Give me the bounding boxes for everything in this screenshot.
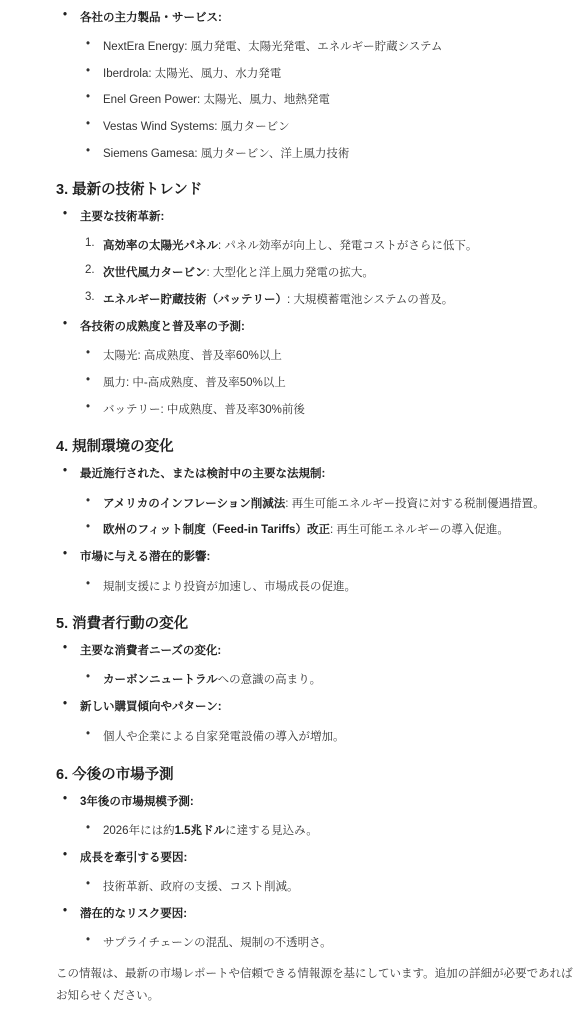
list-item: Vestas Wind Systems: 風力タービン (103, 118, 290, 134)
list-item: 1.高効率の太陽光パネル: パネル効率が向上し、発電コストがさらに低下。 (103, 237, 477, 253)
drivers-heading: 成長を牽引する要因: (80, 849, 187, 865)
list-item: Iberdrola: 太陽光、風力、水力発電 (103, 65, 281, 81)
list-item: NextEra Energy: 風力発電、太陽光発電、エネルギー貯蔵システム (103, 38, 442, 54)
list-item: アメリカのインフレーション削減法: 再生可能エネルギー投資に対する税制優遇措置。 (103, 495, 545, 511)
section-title: 6. 今後の市場予測 (56, 763, 174, 784)
list-item: カーボンニュートラルへの意識の高まり。 (103, 671, 321, 687)
list-item: サプライチェーンの混乱、規制の不透明さ。 (103, 934, 332, 950)
trends-heading: 新しい購買傾向やパターン: (80, 698, 222, 714)
impact-heading: 市場に与える潜在的影響: (80, 548, 210, 564)
needs-heading: 主要な消費者ニーズの変化: (80, 642, 221, 658)
laws-heading: 最近施行された、または検討中の主要な法規制: (80, 465, 325, 481)
list-item: 太陽光: 高成熟度、普及率60%以上 (103, 347, 282, 363)
list-item: バッテリー: 中成熟度、普及率30%前後 (103, 401, 305, 417)
section-title: 5. 消費者行動の変化 (56, 612, 188, 633)
risks-heading: 潜在的なリスク要因: (80, 905, 187, 921)
list-item: 欧州のフィット制度（Feed-in Tariffs）改正: 再生可能エネルギーの… (103, 521, 509, 537)
list-item: 3.エネルギー貯蔵技術（バッテリー）: 大規模蓄電池システムの普及。 (103, 291, 453, 307)
list-item: Enel Green Power: 太陽光、風力、地熱発電 (103, 91, 330, 107)
innovations-heading: 主要な技術革新: (80, 208, 164, 224)
list-item: 2.次世代風力タービン: 大型化と洋上風力発電の拡大。 (103, 264, 374, 280)
size-heading: 3年後の市場規模予測: (80, 793, 194, 809)
closing-paragraph: この情報は、最新の市場レポートや信頼できる情報源を基にしています。追加の詳細が必… (56, 963, 576, 1007)
maturity-heading: 各技術の成熟度と普及率の予測: (80, 318, 245, 334)
section-title: 4. 規制環境の変化 (56, 435, 174, 456)
list-item: 風力: 中-高成熟度、普及率50%以上 (103, 374, 286, 390)
list-item: 規制支援により投資が加速し、市場成長の促進。 (103, 578, 356, 594)
list-item: 技術革新、政府の支援、コスト削減。 (103, 878, 299, 894)
products-heading: 各社の主力製品・サービス: (80, 9, 222, 25)
section-title: 3. 最新の技術トレンド (56, 178, 202, 199)
list-item: 個人や企業による自家発電設備の導入が増加。 (103, 728, 345, 744)
list-item: 2026年には約1.5兆ドルに達する見込み。 (103, 822, 318, 838)
list-item: Siemens Gamesa: 風力タービン、洋上風力技術 (103, 145, 349, 161)
